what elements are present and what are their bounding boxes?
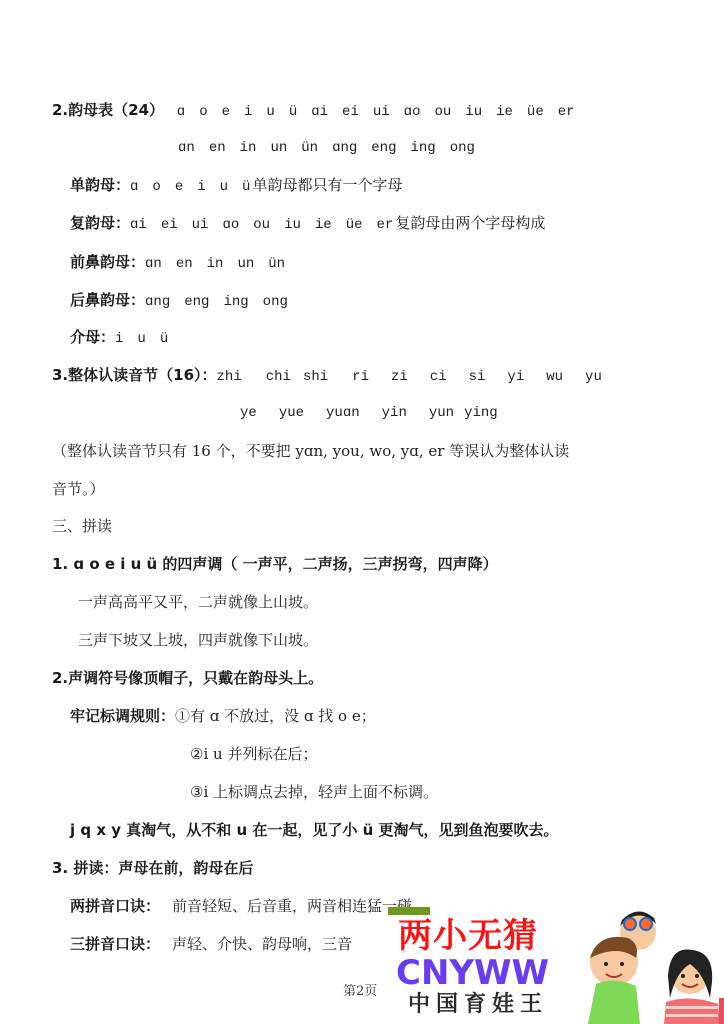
finals-table-row1: 2.韵母表（24） ɑoeiuüɑieiuiɑoouiuieüeer	[52, 100, 589, 122]
watermark-brand: CNYWW	[396, 954, 549, 992]
part3-heading: 三、拼读	[52, 516, 112, 536]
whole-syllables-note-2: 音节。）	[52, 479, 105, 499]
tone-mark-title: 2.声调符号像顶帽子，只戴在韵母头上。	[52, 668, 323, 688]
front-nasal-line: 前鼻韵母：ɑneninunün	[70, 252, 299, 274]
two-spell-rhyme: 两拼音口诀：前音轻短、后音重，两音相连猛一碰。	[70, 896, 427, 916]
single-finals-line: 单韵母：ɑoeiuü单韵母都只有一个字母	[70, 175, 402, 197]
watermark-logo: 两小无猜 CNYWW 中国育娃王	[388, 902, 724, 1024]
finals-table-title: 2.韵母表（24）	[52, 101, 164, 119]
finals-table-row2: ɑneninunünɑngengingong	[178, 138, 489, 158]
whole-syllables-row1: 3.整体认读音节（16）：zhichishirizicisiyiwuyu	[52, 365, 616, 387]
tone-rule-3: ③i 上标调点去掉，轻声上面不标调。	[190, 782, 438, 802]
whole-syllables-title: 3.整体认读音节（16）：	[52, 366, 217, 384]
three-spell-rhyme: 三拼音口诀：声轻、介快、韵母响，三音	[70, 934, 352, 954]
tones-rhyme-1: 一声高高平又平，二声就像上山坡。	[78, 592, 318, 612]
tone-rule-2: ②i u 并列标在后；	[190, 744, 317, 764]
watermark-subtitle: 中国育娃王	[408, 992, 548, 1018]
medial-line: 介母：iuü	[70, 327, 182, 349]
single-finals-label: 单韵母：	[70, 176, 130, 194]
whole-syllables-note-1: （整体认读音节只有 16 个，不要把 yɑn, you, wo, yɑ, er …	[52, 441, 569, 461]
compound-finals-line: 复韵母：ɑieiuiɑoouiuieüeer复韵母由两个字母构成	[70, 213, 545, 235]
watermark-title: 两小无猜	[398, 916, 538, 956]
watermark-bar	[388, 907, 430, 915]
whole-syllables-row2: yeyueyuɑnyinyunying	[240, 403, 512, 423]
tone-rule-1: 牢记标调规则：①有 ɑ 不放过，没 ɑ 找 o e；	[70, 706, 376, 726]
spelling-title: 3. 拼读：声母在前，韵母在后	[52, 858, 253, 878]
back-nasal-line: 后鼻韵母：ɑngengingong	[70, 290, 302, 312]
finals-list: ɑoeiuüɑieiuiɑoouiuieüeer	[177, 104, 589, 120]
jqxy-rule: j q x y 真淘气，从不和 u 在一起，见了小 ü 更淘气，见到鱼泡要吹去。	[70, 820, 558, 840]
tones-rhyme-2: 三声下坡又上坡，四声就像下山坡。	[78, 630, 318, 650]
page-number: 第2页	[343, 980, 377, 999]
tones-title: 1. ɑ o e i u ü 的四声调（ 一声平，二声扬，三声拐弯，四声降）	[52, 554, 498, 574]
family-cartoon-icon	[578, 902, 724, 1024]
